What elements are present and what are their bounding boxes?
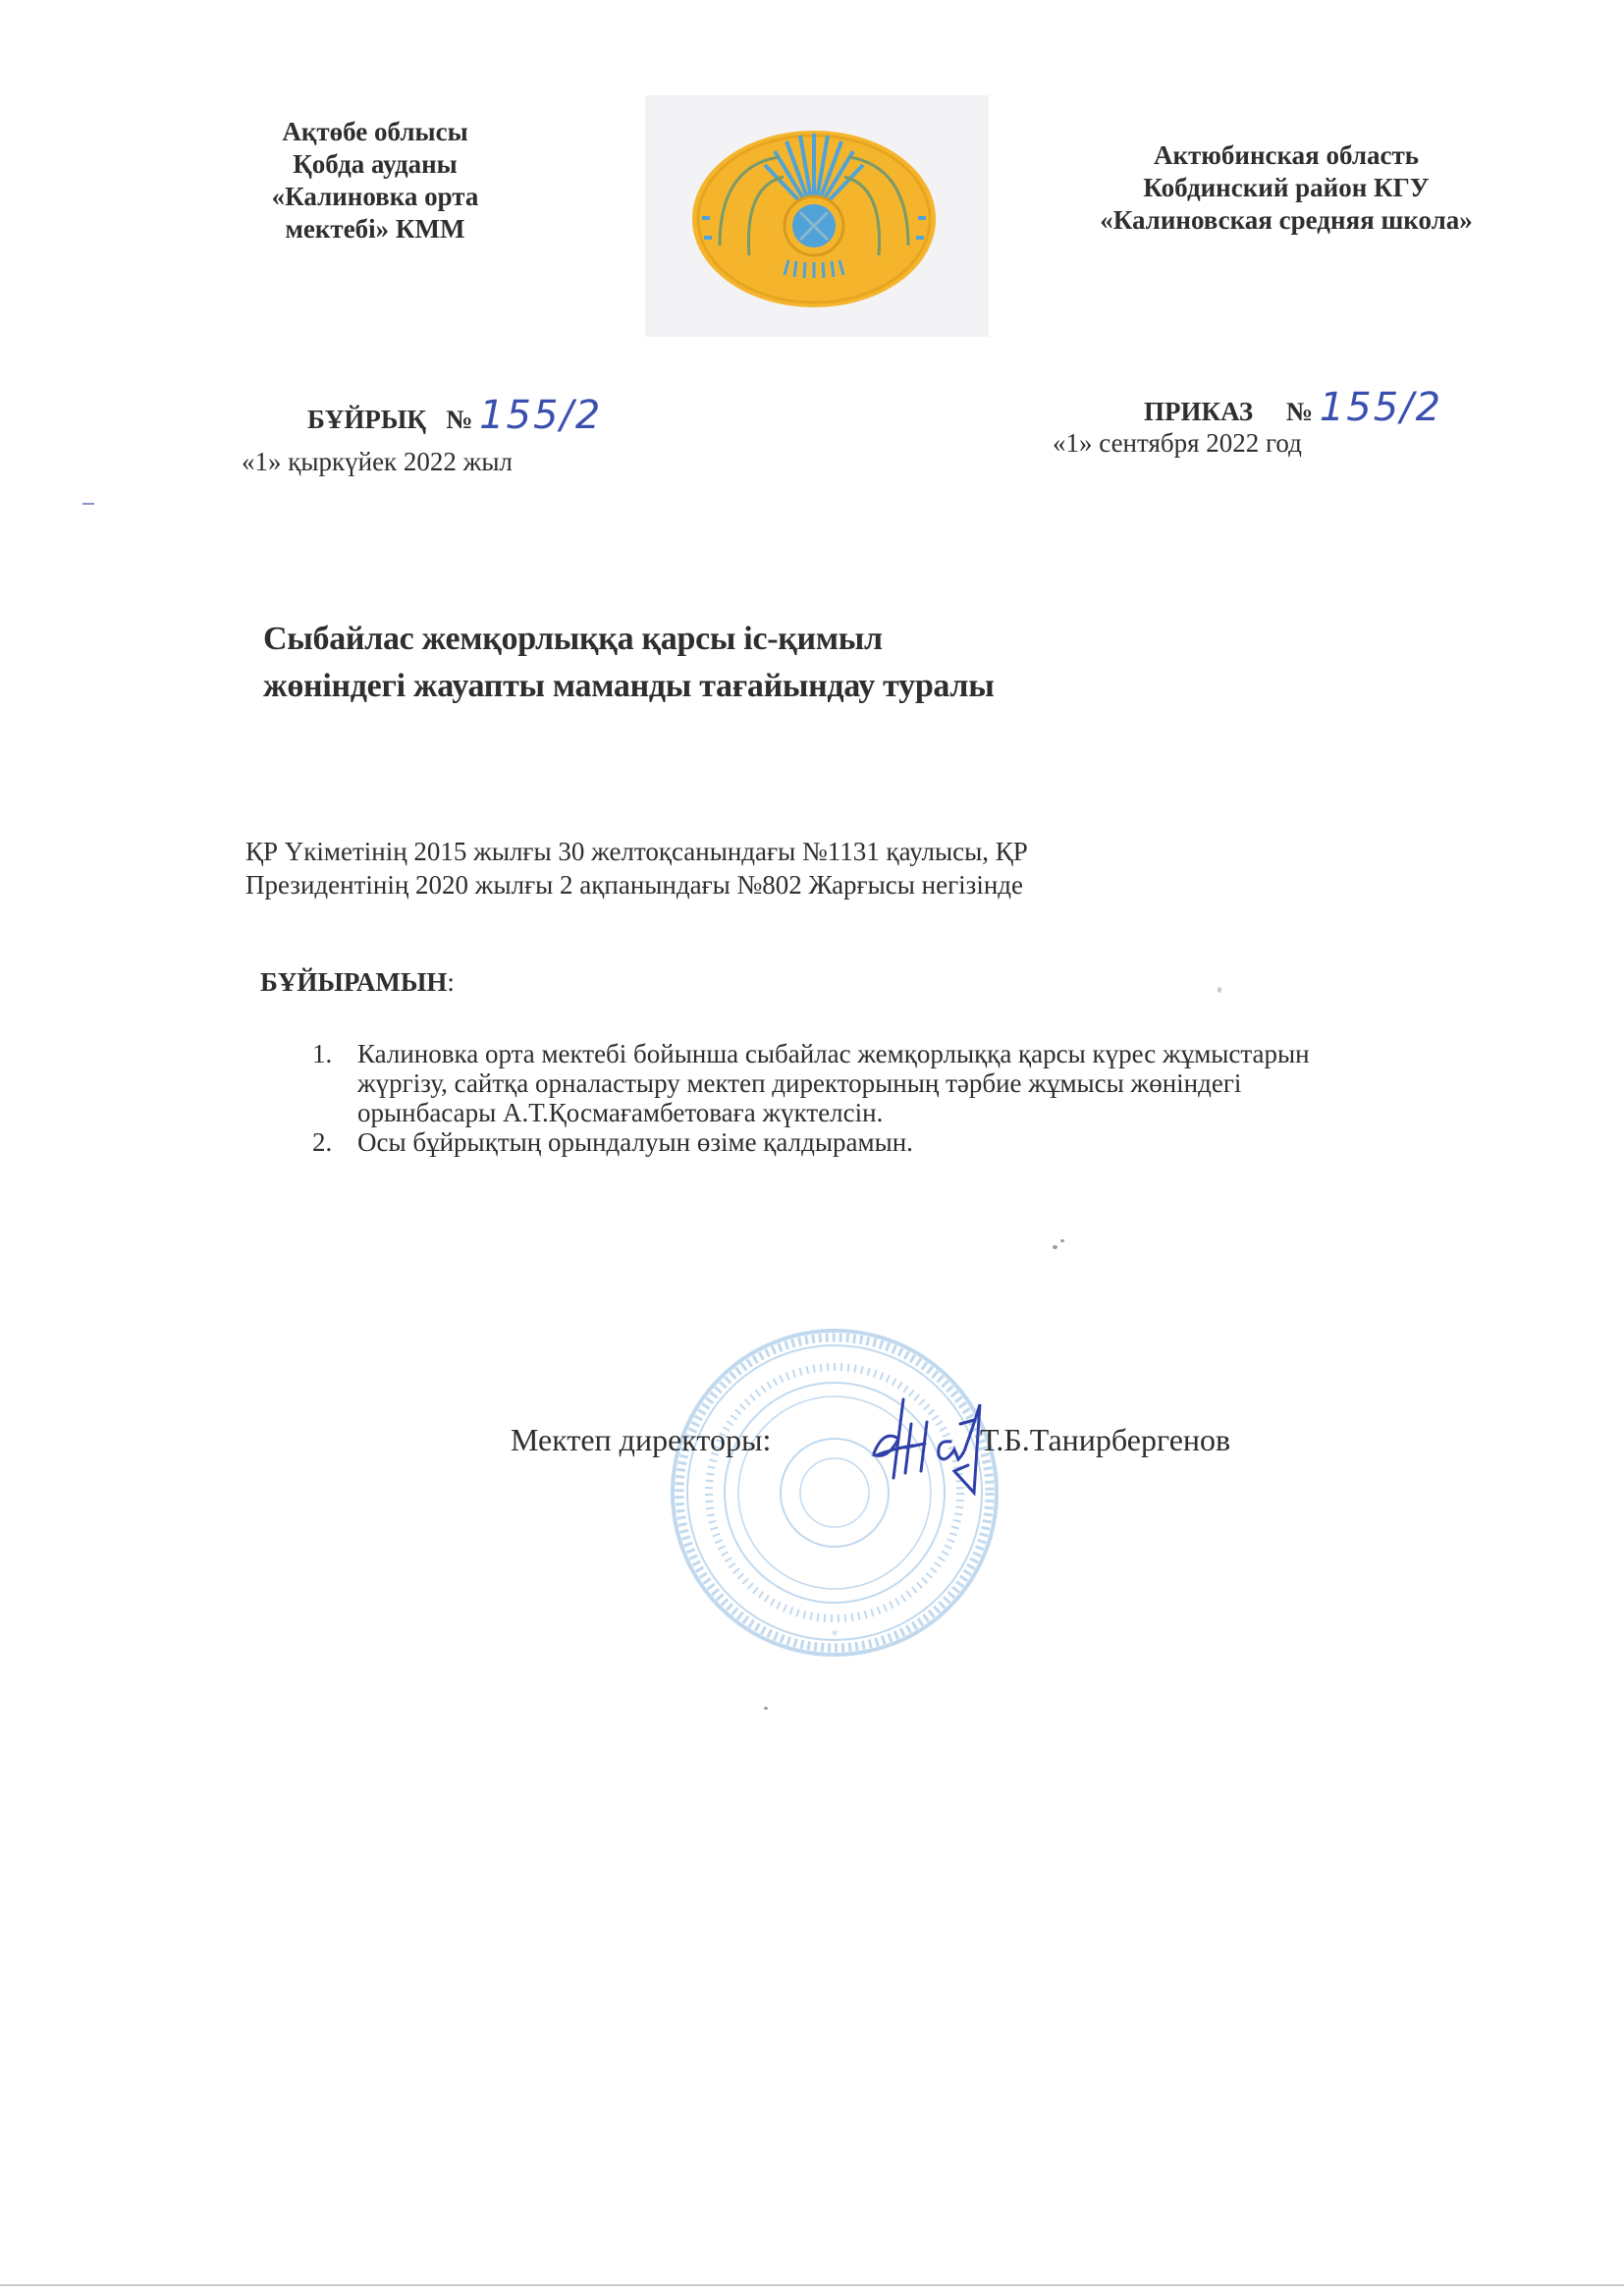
header-kz-line: Ақтөбе облысы	[228, 116, 522, 148]
header-ru-line: Актюбинская область	[1031, 139, 1542, 172]
order-title-kz: БҰЙРЫҚ	[307, 405, 426, 434]
decree-item-line: Калиновка орта мектебі бойынша сыбайлас …	[357, 1039, 1549, 1068]
handwritten-order-number: 155/2	[479, 393, 602, 438]
decree-item-line: жүргізу, сайтқа орналастыру мектеп дирек…	[357, 1068, 1549, 1098]
decree-item: 1. Калиновка орта мектебі бойынша сыбайл…	[312, 1039, 1549, 1127]
decree-item-number: 1.	[312, 1039, 357, 1127]
scan-speck	[1060, 1239, 1064, 1242]
decree-item-line: Осы бұйрықтың орындалуын өзіме қалдырамы…	[357, 1127, 1549, 1157]
director-name: Т.Б.Танирбергенов	[980, 1422, 1230, 1458]
decree-heading: БҰЙЫРАМЫН:	[260, 967, 455, 998]
order-heading-ru: ПРИКАЗ № 155/2	[1144, 385, 1442, 430]
svg-text:*: *	[832, 1628, 839, 1644]
decree-item-number: 2.	[312, 1127, 357, 1157]
decree-colon: :	[447, 967, 455, 997]
scan-speck	[1053, 1245, 1057, 1249]
state-emblem-icon	[690, 128, 938, 310]
margin-mark	[82, 503, 94, 505]
scan-speck	[1218, 987, 1221, 993]
number-sign: №	[446, 405, 472, 434]
legal-basis: ҚР Үкіметінің 2015 жылғы 30 желтоқсанынд…	[245, 835, 1028, 902]
order-date-kz: «1» қыркүйек 2022 жыл	[242, 447, 513, 477]
header-kz-line: Қобда ауданы	[228, 148, 522, 181]
document-title-line: жөніндегі жауапты маманды тағайындау тур…	[263, 663, 994, 710]
decree-word: БҰЙЫРАМЫН	[260, 967, 447, 997]
scan-speck	[764, 1707, 768, 1710]
decree-item: 2. Осы бұйрықтың орындалуын өзіме қалдыр…	[312, 1127, 1549, 1157]
signature-role: Мектеп директоры:	[511, 1422, 771, 1458]
header-org-kz: Ақтөбе облысы Қобда ауданы «Калиновка ор…	[228, 116, 522, 246]
page-bottom-edge	[0, 2284, 1624, 2286]
order-title-ru: ПРИКАЗ	[1144, 397, 1253, 426]
document-title-line: Сыбайлас жемқорлыққа қарсы іс-қимыл	[263, 616, 994, 663]
header-ru-line: Кобдинский район КГУ	[1031, 172, 1542, 204]
decree-items: 1. Калиновка орта мектебі бойынша сыбайл…	[312, 1039, 1549, 1157]
number-sign: №	[1286, 397, 1313, 426]
document-title: Сыбайлас жемқорлыққа қарсы іс-қимыл жөні…	[263, 616, 994, 710]
legal-basis-line: Президентінің 2020 жылғы 2 ақпанындағы №…	[245, 868, 1028, 902]
decree-item-line: орынбасары А.Т.Қосмағамбетоваға жүктелсі…	[357, 1098, 1549, 1127]
legal-basis-line: ҚР Үкіметінің 2015 жылғы 30 желтоқсанынд…	[245, 835, 1028, 868]
order-heading-kz: БҰЙРЫҚ № 155/2	[307, 393, 602, 438]
header-org-ru: Актюбинская область Кобдинский район КГУ…	[1031, 139, 1542, 237]
header-kz-line: «Калиновка орта	[228, 181, 522, 213]
header-kz-line: мектебі» КММ	[228, 213, 522, 246]
order-date-ru: «1» сентября 2022 год	[1053, 428, 1302, 459]
header-ru-line: «Калиновская средняя школа»	[1031, 204, 1542, 237]
handwritten-order-number: 155/2	[1320, 385, 1442, 430]
